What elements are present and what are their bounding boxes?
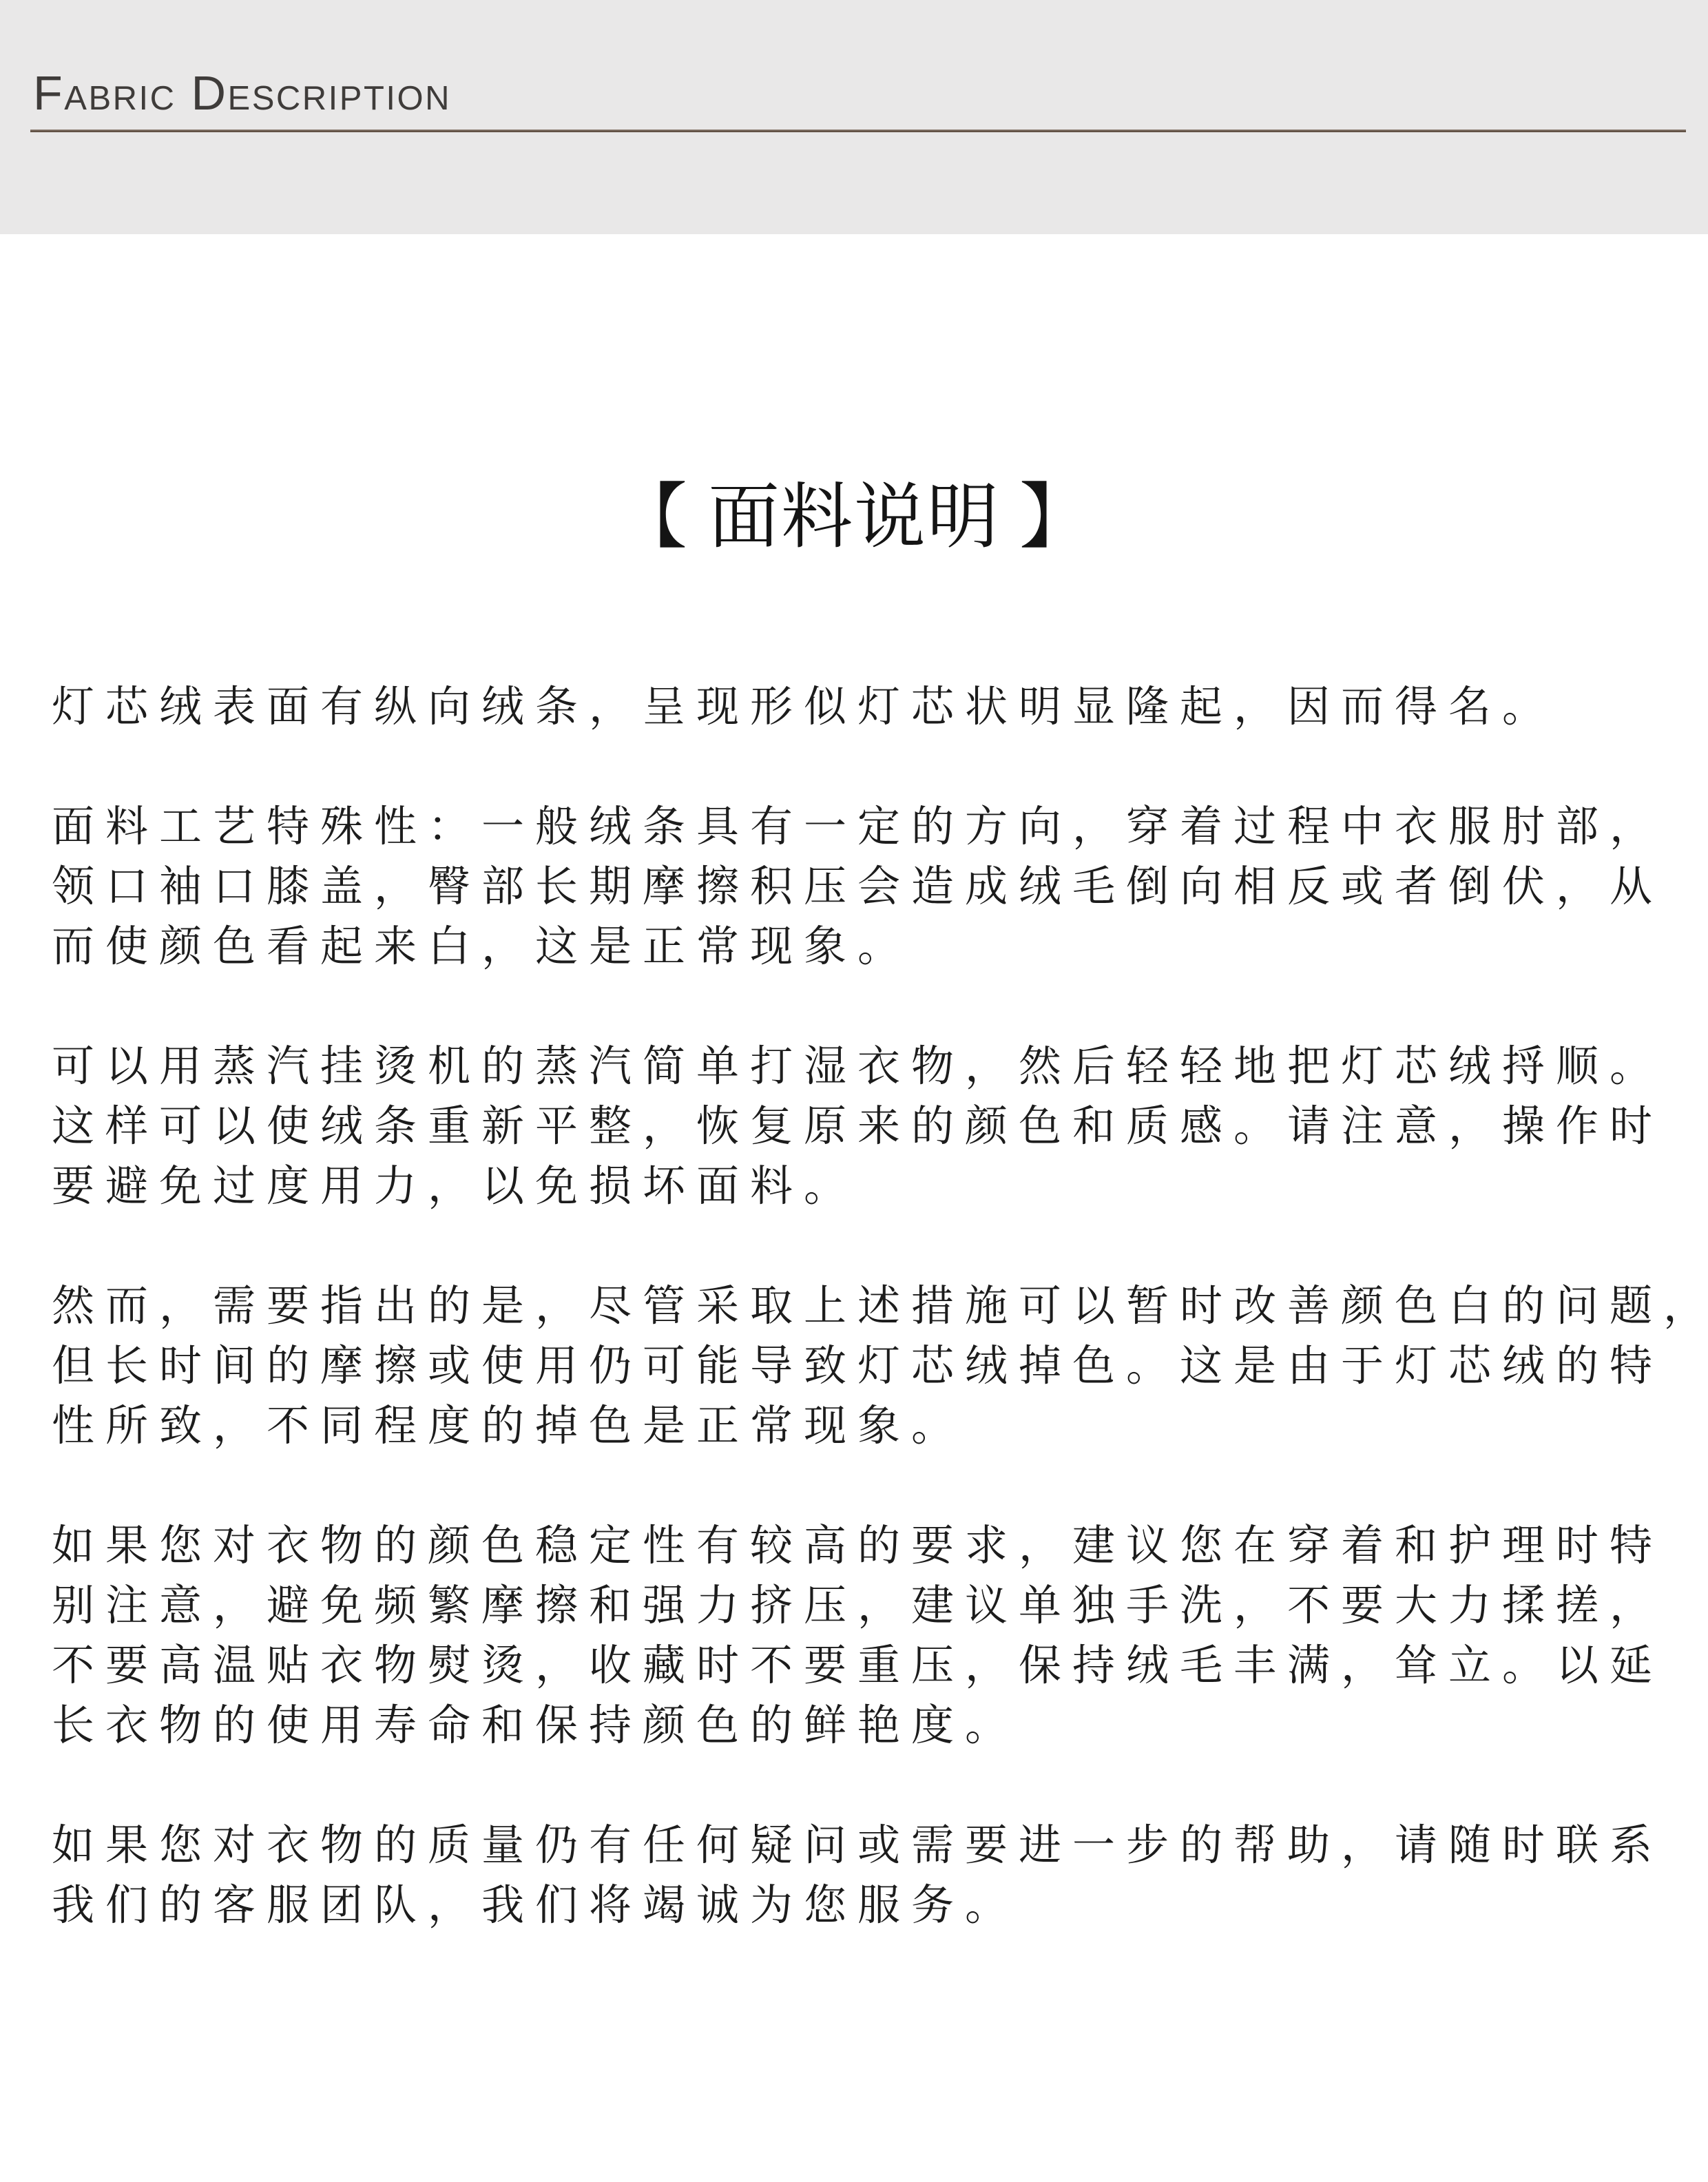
fabric-description-body: 灯芯绒表面有纵向绒条，呈现形似灯芯状明显隆起，因而得名。面料工艺特殊性：一般绒条…: [0, 559, 1708, 1936]
fabric-paragraph-6: 如果您对衣物的质量仍有任何疑问或需要进一步的帮助，请随时联系 我们的客服团队，我…: [52, 1816, 1656, 1936]
section-title: 【 面料说明 】: [0, 477, 1708, 559]
paragraph-list: 灯芯绒表面有纵向绒条，呈现形似灯芯状明显隆起，因而得名。面料工艺特殊性：一般绒条…: [52, 678, 1656, 1936]
fabric-description-header: Fabric Description: [0, 0, 1708, 234]
fabric-paragraph-4: 然而，需要指出的是，尽管采取上述措施可以暂时改善颜色白的问题， 但长时间的摩擦或…: [52, 1277, 1656, 1457]
header-divider-line: [30, 129, 1686, 132]
fabric-paragraph-3: 可以用蒸汽挂烫机的蒸汽简单打湿衣物，然后轻轻地把灯芯绒捋顺。 这样可以使绒条重新…: [52, 1037, 1656, 1217]
fabric-paragraph-5: 如果您对衣物的颜色稳定性有较高的要求，建议您在穿着和护理时特 别注意，避免频繁摩…: [52, 1517, 1656, 1756]
fabric-description-page: { "header": { "title": "Fabric Descripti…: [0, 0, 1708, 2182]
header-title: Fabric Description: [33, 69, 1708, 117]
fabric-paragraph-1: 灯芯绒表面有纵向绒条，呈现形似灯芯状明显隆起，因而得名。: [52, 678, 1656, 738]
fabric-paragraph-2: 面料工艺特殊性：一般绒条具有一定的方向，穿着过程中衣服肘部， 领口袖口膝盖，臀部…: [52, 798, 1656, 977]
